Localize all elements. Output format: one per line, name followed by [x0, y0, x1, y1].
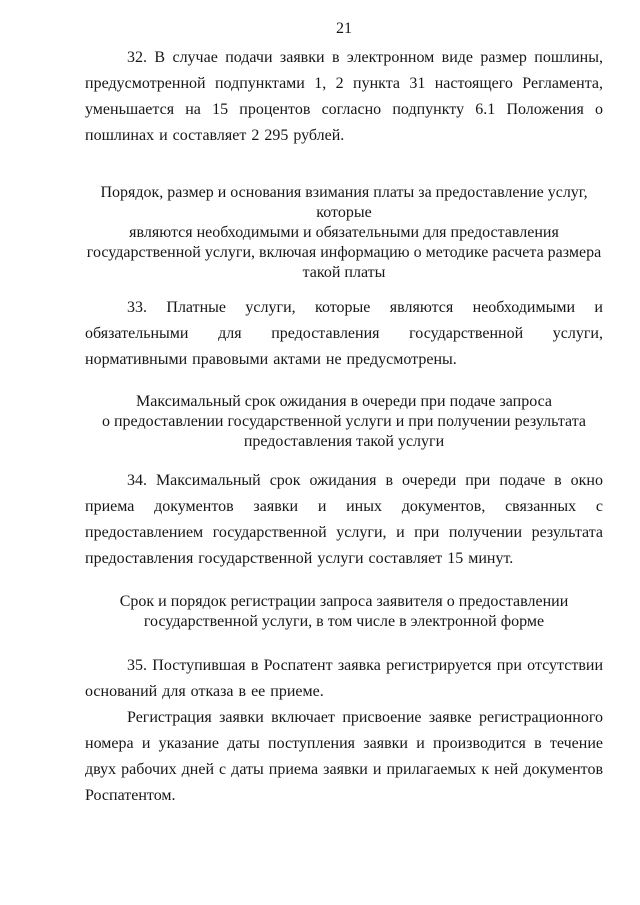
heading-line: государственной услуги, в том числе в эл… [85, 612, 603, 632]
heading-line: Порядок, размер и основания взимания пла… [85, 183, 603, 223]
heading-line: государственной услуги, включая информац… [85, 243, 603, 263]
paragraph-35-registration-details: Регистрация заявки включает присвоение з… [85, 705, 603, 809]
section-heading-registration-term: Срок и порядок регистрации запроса заяви… [85, 592, 603, 632]
heading-line: Срок и порядок регистрации запроса заяви… [85, 592, 603, 612]
section-heading-max-waiting-time: Максимальный срок ожидания в очереди при… [85, 392, 603, 452]
document-page: 21 32. В случае подачи заявки в электрон… [0, 0, 640, 905]
heading-line: предоставления такой услуги [85, 432, 603, 452]
paragraph-33-paid-services: 33. Платные услуги, которые являются нео… [85, 295, 603, 373]
section-heading-payment-procedure: Порядок, размер и основания взимания пла… [85, 183, 603, 283]
paragraph-35-application-registration: 35. Поступившая в Роспатент заявка регис… [85, 653, 603, 705]
heading-line: являются необходимыми и обязательными дл… [85, 223, 603, 243]
heading-line: о предоставлении государственной услуги … [85, 412, 603, 432]
heading-line: такой платы [85, 263, 603, 283]
paragraph-32-electronic-filing-fee: 32. В случае подачи заявки в электронном… [85, 45, 603, 149]
page-number: 21 [85, 19, 603, 39]
heading-line: Максимальный срок ожидания в очереди при… [85, 392, 603, 412]
paragraph-34-waiting-time-15-minutes: 34. Максимальный срок ожидания в очереди… [85, 468, 603, 572]
